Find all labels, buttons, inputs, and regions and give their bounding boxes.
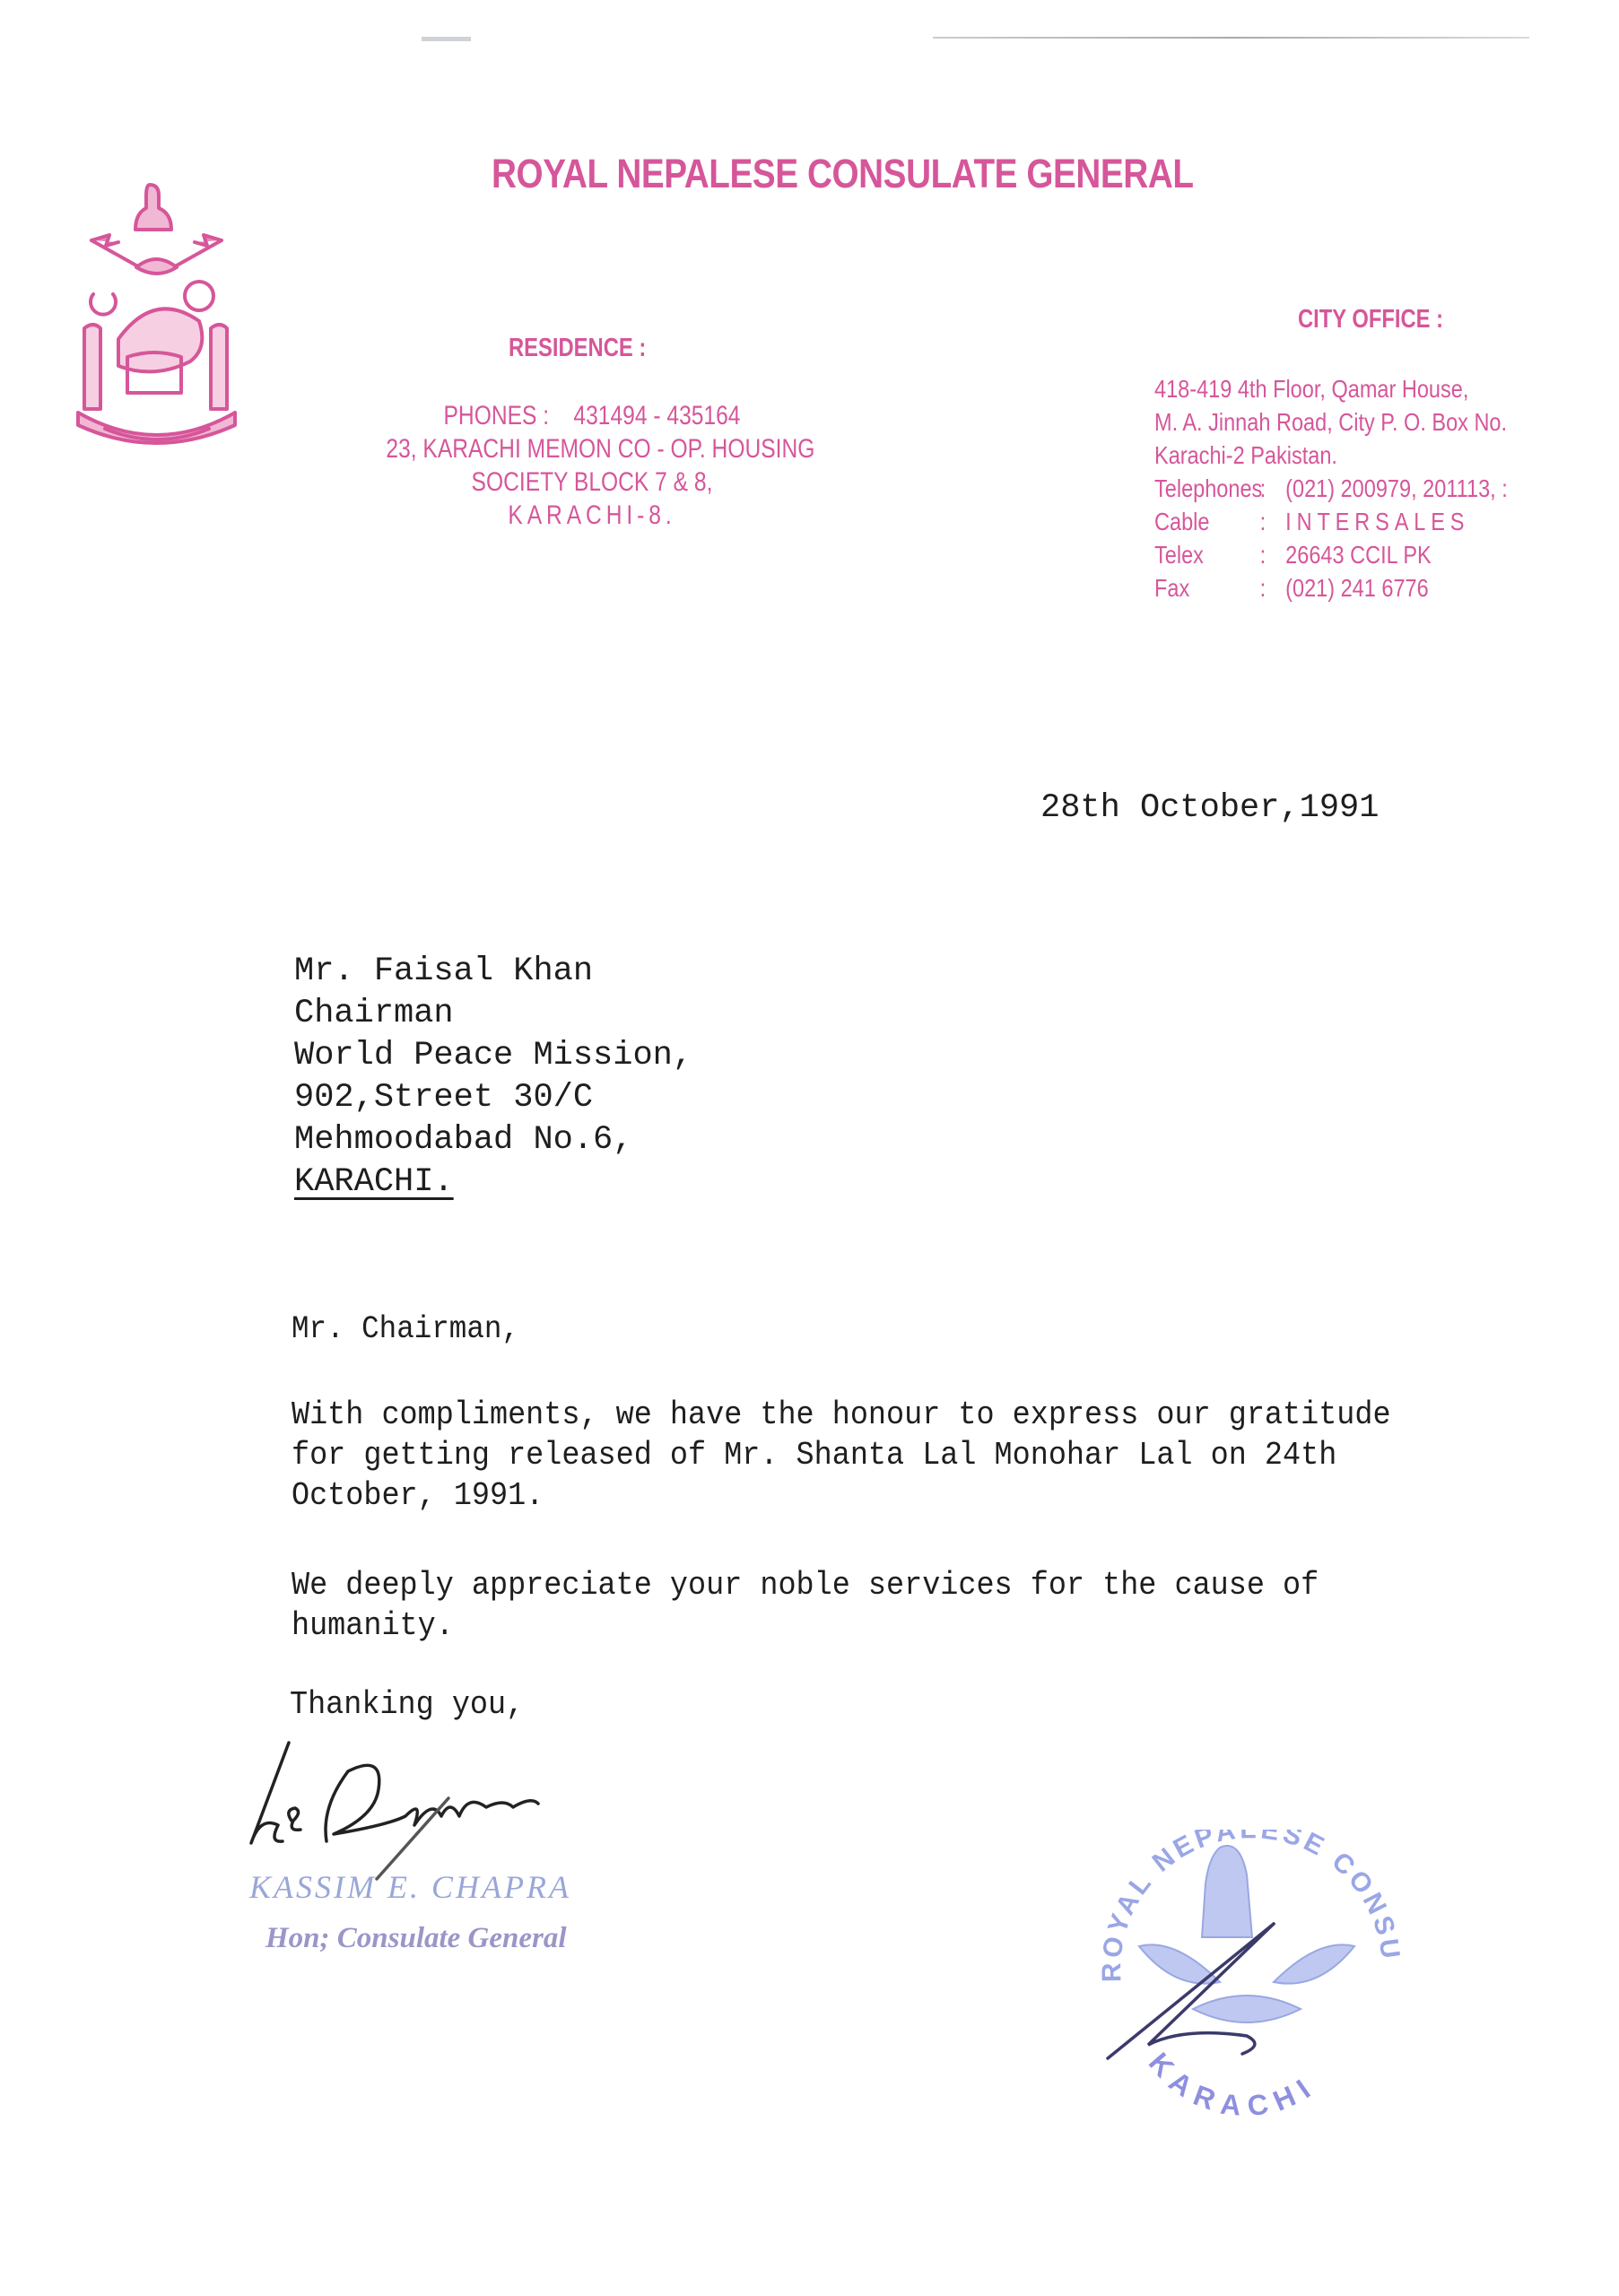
city-address-line: Karachi-2 Pakistan. <box>1154 439 1508 472</box>
city-office-block: 418-419 4th Floor, Qamar House, M. A. Ji… <box>1154 372 1508 604</box>
contact-colon: : <box>1260 505 1286 538</box>
contact-colon: : <box>1260 472 1286 505</box>
contact-label: Telex <box>1154 538 1260 571</box>
recipient-line: Chairman <box>294 993 692 1035</box>
handwritten-signature-icon <box>224 1735 619 1888</box>
signer-name: KASSIM E. CHAPRA <box>249 1868 571 1906</box>
recipient-address: Mr. Faisal KhanChairmanWorld Peace Missi… <box>294 951 692 1204</box>
city-address-line: 418-419 4th Floor, Qamar House, <box>1154 372 1508 405</box>
recipient-line: Mehmoodabad No.6, <box>294 1119 692 1161</box>
city-address-line: M. A. Jinnah Road, City P. O. Box No. <box>1154 405 1508 439</box>
recipient-line: World Peace Mission, <box>294 1035 692 1077</box>
contact-value: INTERSALES <box>1285 505 1469 538</box>
consulate-seal-stamp-icon: ROYAL NEPALESE CONSULATE KARACHI <box>1085 1830 1408 2135</box>
body-paragraph: With compliments, we have the honour to … <box>292 1395 1391 1516</box>
contact-value: 26643 CCIL PK <box>1285 538 1432 571</box>
contact-label: Telephones <box>1154 472 1260 505</box>
residence-address-line: KARACHI-8. <box>386 499 797 532</box>
recipient-line: 902,Street 30/C <box>294 1077 692 1119</box>
contact-value: (021) 241 6776 <box>1285 571 1429 604</box>
svg-text:KARACHI: KARACHI <box>1143 2047 1323 2123</box>
contact-label: Fax <box>1154 571 1260 604</box>
recipient-city: KARACHI. <box>294 1163 454 1201</box>
contact-telex: Telex : 26643 CCIL PK <box>1154 538 1508 571</box>
body-paragraph: We deeply appreciate your noble services… <box>292 1565 1319 1646</box>
letterhead-title: ROYAL NEPALESE CONSULATE GENERAL <box>492 151 1194 197</box>
scan-artifact-mark <box>422 37 471 41</box>
residence-phones: PHONES : 431494 - 435164 <box>386 399 797 432</box>
residence-phones-label: PHONES : <box>444 401 550 430</box>
residence-heading: RESIDENCE : <box>509 334 646 363</box>
contact-label: Cable <box>1154 505 1260 538</box>
contact-value: (021) 200979, 201113, : <box>1285 472 1508 505</box>
contact-colon: : <box>1260 538 1286 571</box>
scan-artifact-line <box>933 37 1529 39</box>
contact-colon: : <box>1260 571 1286 604</box>
signer-title: Hon; Consulate General <box>265 1922 567 1955</box>
residence-address-line: SOCIETY BLOCK 7 & 8, <box>386 465 797 499</box>
letter-date: 28th October,1991 <box>1040 789 1379 827</box>
residence-address-line: 23, KARACHI MEMON CO - OP. HOUSING <box>386 432 797 465</box>
contact-fax: Fax : (021) 241 6776 <box>1154 571 1508 604</box>
recipient-line: Mr. Faisal Khan <box>294 951 692 993</box>
nepal-coat-of-arms-icon <box>65 178 248 447</box>
contact-telephones: Telephones : (021) 200979, 201113, : <box>1154 472 1508 505</box>
residence-address-block: PHONES : 431494 - 435164 23, KARACHI MEM… <box>341 399 843 532</box>
closing-line: Thanking you, <box>290 1686 524 1723</box>
letter-page: ROYAL NEPALESE CONSULATE GENERAL RESIDEN… <box>0 0 1619 2296</box>
contact-cable: Cable : INTERSALES <box>1154 505 1508 538</box>
city-office-heading: CITY OFFICE : <box>1298 305 1443 335</box>
salutation: Mr. Chairman, <box>292 1311 519 1347</box>
residence-phones-value: 431494 - 435164 <box>573 401 740 430</box>
stamp-ring-text-bottom: KARACHI <box>1143 2047 1323 2123</box>
